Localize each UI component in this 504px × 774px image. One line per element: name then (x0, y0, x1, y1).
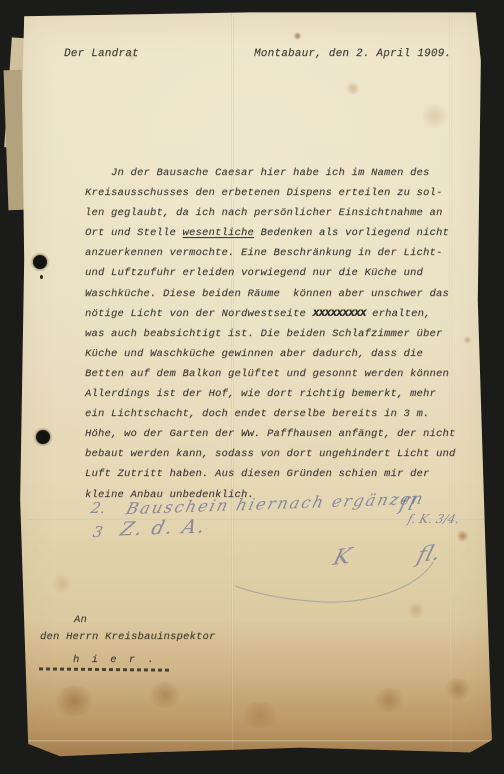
body-line: Allerdings ist der Hof, wie dort richtig… (85, 384, 457, 404)
body-line: ein Lichtschacht, doch endet derselbe be… (85, 404, 457, 424)
body-line: len geglaubt, da ich nach persönlicher E… (85, 203, 457, 223)
body-line: was auch beabsichtigt ist. Die beiden Sc… (85, 324, 457, 344)
body-line: und Luftzufuhr erleiden vorwiegend nur d… (85, 263, 457, 283)
stain (293, 32, 302, 40)
handwritten-initials-date: f. K. 3/4. (406, 512, 461, 526)
sender-line: Der Landrat (64, 44, 139, 64)
horizontal-crease (26, 740, 490, 743)
body-line: anzuerkennen vermochte. Eine Beschränkun… (85, 243, 457, 263)
stain (148, 682, 182, 708)
body-line: Luft Zutritt haben. Aus diesen Gründen s… (85, 464, 457, 484)
stain (463, 336, 472, 344)
stain (50, 575, 74, 593)
body-line: nötige Licht von der Nordwestseite XXXXX… (85, 304, 457, 324)
handwritten-item-number: 3 (91, 523, 104, 541)
scan-background: Der Landrat Montabaur, den 2. April 1909… (0, 0, 504, 774)
body-line: Waschküche. Diese beiden Räume können ab… (85, 284, 457, 304)
body-line: bebaut werden kann, sodass von dort unge… (85, 444, 457, 464)
letter-body: Jn der Bausache Caesar hier habe ich im … (85, 163, 457, 505)
stain (52, 686, 96, 716)
body-line: Küche und Waschküche gewinnen aber dadur… (85, 344, 457, 364)
stain (372, 688, 406, 712)
handwritten-abbreviation: Z. d. A. (118, 516, 209, 541)
body-line: Jn der Bausache Caesar hier habe ich im … (85, 163, 457, 183)
stain (345, 82, 361, 95)
body-line: Kreisausschusses den erbetenen Dispens e… (85, 183, 457, 203)
dateline: Montabaur, den 2. April 1909. (254, 44, 451, 64)
stain (240, 702, 280, 728)
punch-hole (33, 255, 47, 269)
body-line: Höhe, wo der Garten der Ww. Paffhausen a… (85, 424, 457, 444)
body-line: Betten auf dem Balkon gelüftet und geson… (85, 364, 457, 384)
address-recipient: den Herrn Kreisbauinspektor (40, 627, 216, 647)
ink-speck (40, 275, 43, 279)
stain (444, 678, 472, 700)
handwritten-item-number: 2. (89, 499, 106, 517)
punch-hole (36, 430, 50, 444)
stain (420, 104, 450, 128)
body-line: Ort und Stelle wesentliche Bedenken als … (85, 223, 457, 243)
document-page: Der Landrat Montabaur, den 2. April 1909… (0, 0, 504, 774)
signature-flourish-stroke (225, 540, 465, 620)
